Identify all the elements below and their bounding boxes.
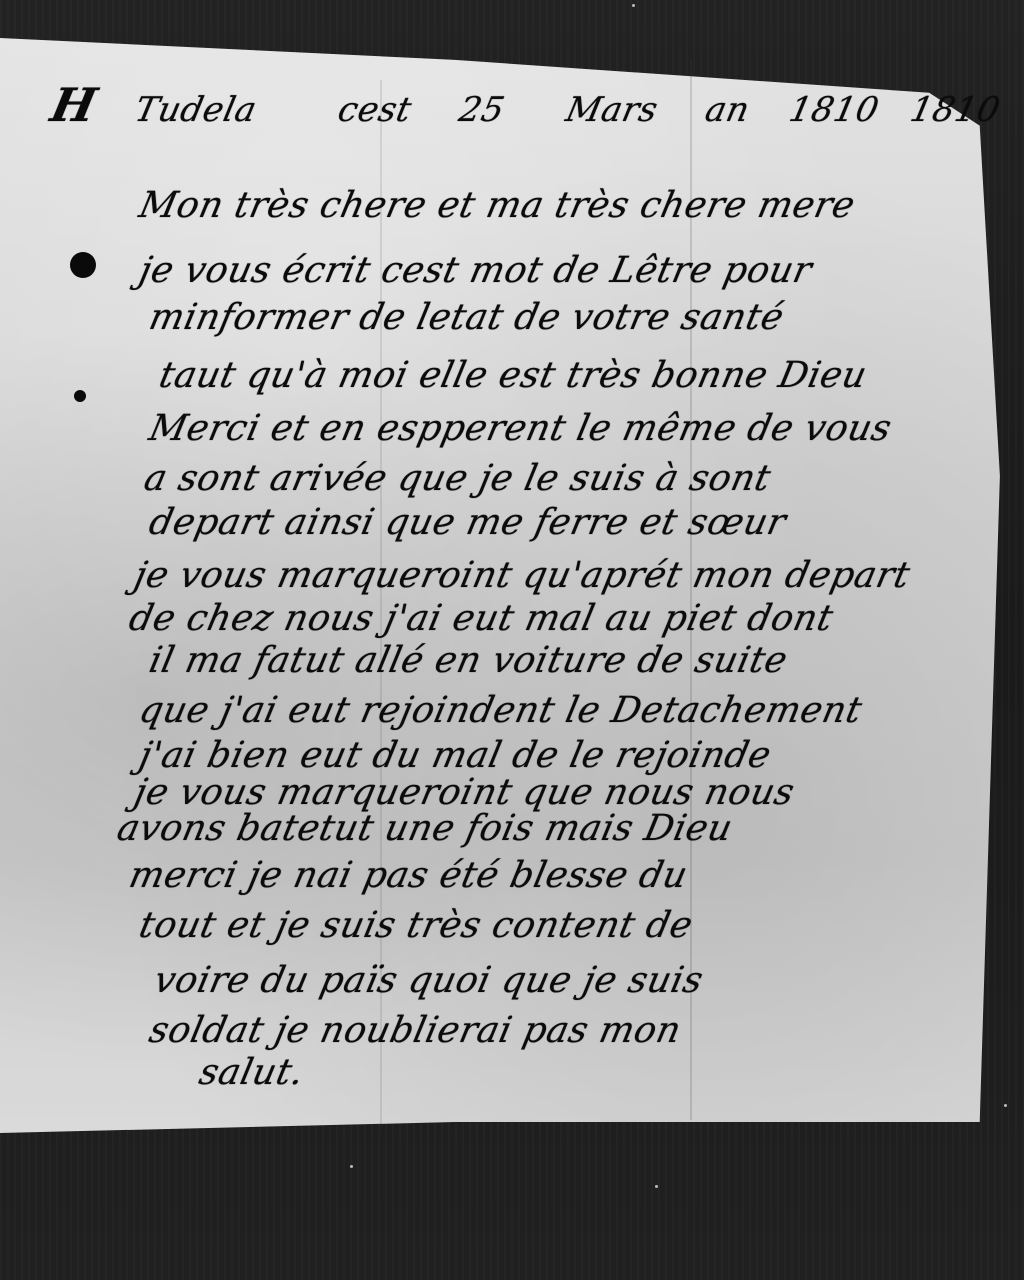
letter-line: a sont arivée que je le suis à sont [141,458,775,499]
letter-line: merci je nai pas été blesse du [126,855,692,896]
letter-line: taut qu'à moi elle est très bonne Dieu [156,355,871,396]
letter-line: j'ai bien eut du mal de le rejoinde [136,735,775,776]
letter-heading: H Tudela cest 25 Mars an 1810 1810 [46,78,1006,132]
letter-line: de chez nous j'ai eut mal au piet dont [126,598,837,639]
letter-line: avons batetut une fois mais Dieu [114,808,737,849]
letter-text: H Tudela cest 25 Mars an 1810 1810 Mon t… [0,0,1024,1280]
letter-line: Mon très chere et ma très chere mere [136,185,859,226]
letter-line: depart ainsi que me ferre et sœur [146,502,790,543]
letter-line: je vous marqueroint qu'aprét mon depart [131,555,914,596]
heading-year-struck: 1810 [786,90,883,130]
heading-year-prefix: an [702,90,754,130]
letter-line: minformer de letat de votre santé [146,297,788,338]
letter-line: salut. [196,1052,308,1093]
letter-line: soldat je noublierai pas mon [146,1010,685,1051]
heading-year: 1810 [907,90,1004,130]
letter-line: il ma fatut allé en voiture de suite [146,640,792,681]
letter-line: je vous marqueroint que nous nous [131,772,799,813]
heading-place: Tudela [131,90,260,130]
heading-month: Mars [562,90,661,130]
letter-line: je vous écrit cest mot de Lêtre pour [136,250,816,291]
heading-day: 25 [455,90,508,130]
heading-date-prefix: cest [335,90,416,130]
heading-initial: H [46,78,101,132]
letter-line: Merci et en espperent le même de vous [146,408,896,449]
letter-line: voire du païs quoi que je suis [151,960,707,1001]
letter-line: que j'ai eut rejoindent le Detachement [136,690,866,731]
letter-line: tout et je suis très content de [136,905,697,946]
